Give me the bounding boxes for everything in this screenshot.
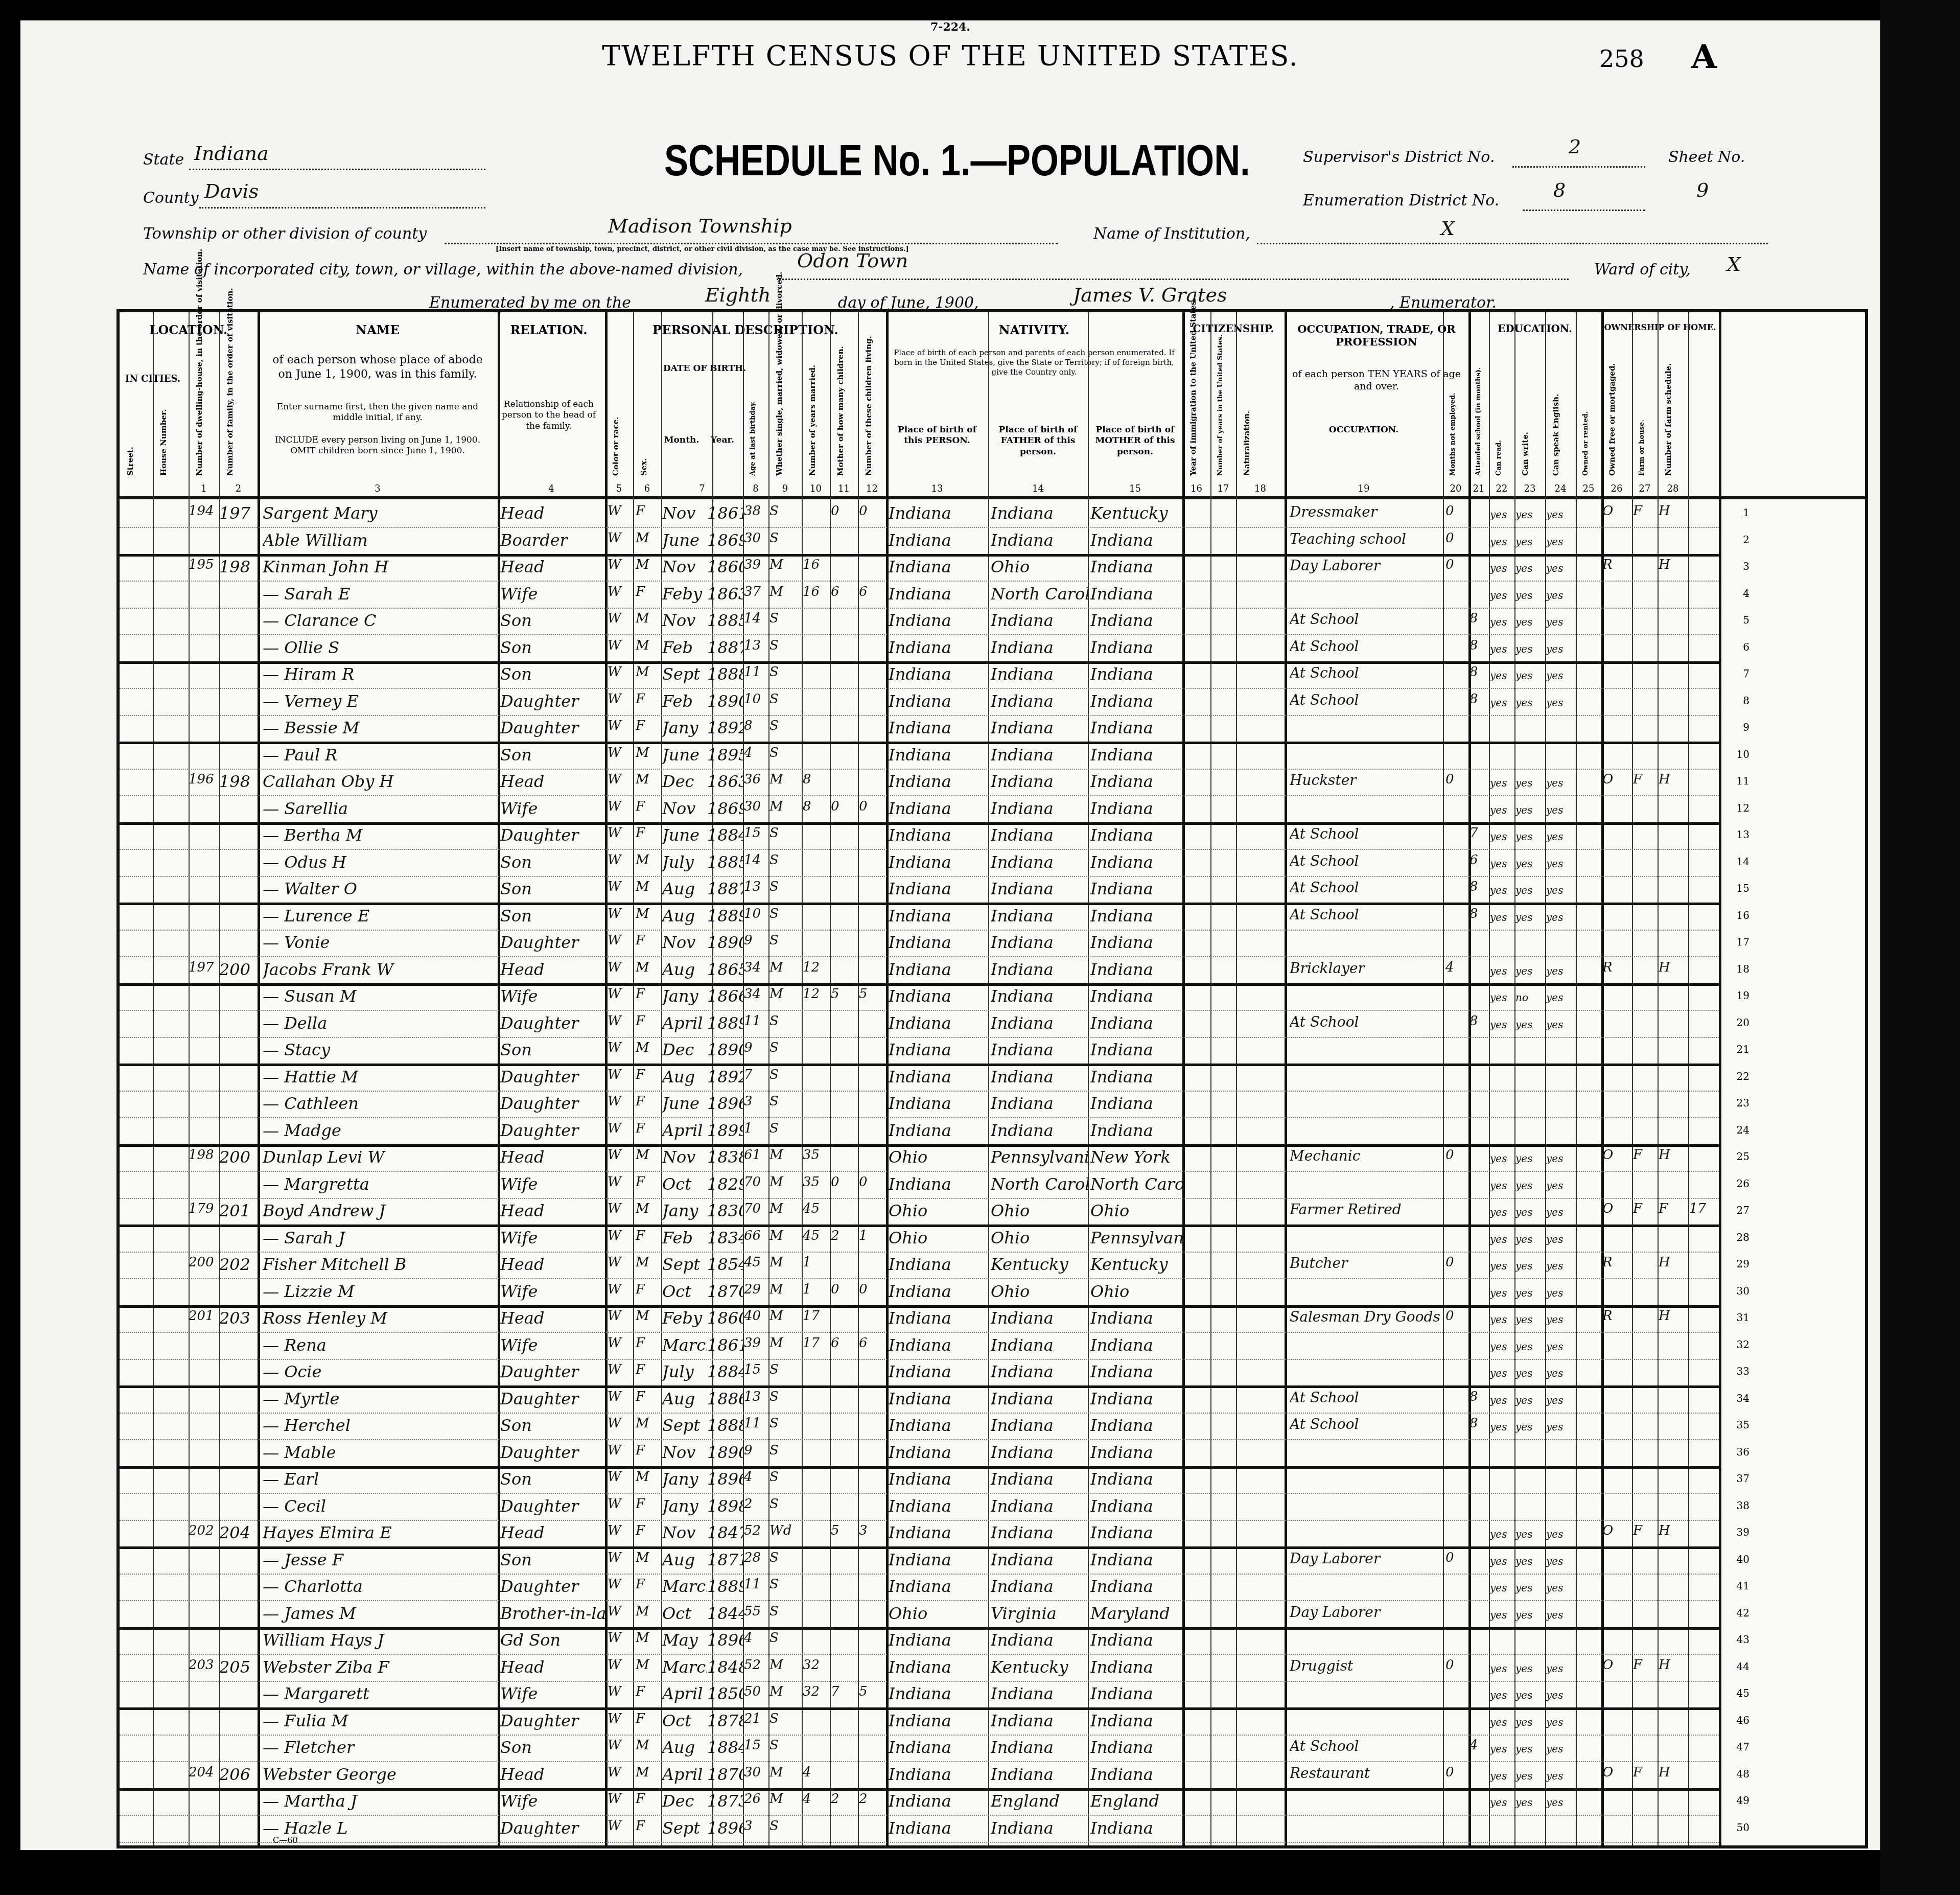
- cell-sex: M: [636, 1469, 661, 1485]
- cell-family: 204: [219, 1523, 258, 1542]
- cell-name: — Herchel: [263, 1416, 498, 1435]
- cell-relation: Wife: [500, 1228, 605, 1247]
- cell-relation: Son: [500, 1040, 605, 1059]
- cell-race: W: [608, 1765, 633, 1780]
- cell-write: yes: [1515, 1394, 1545, 1406]
- cell-read: yes: [1490, 1796, 1514, 1809]
- cell-race: W: [608, 745, 633, 760]
- cell-age: 4: [744, 1469, 768, 1485]
- cell-owned: R: [1602, 960, 1632, 975]
- cell-unemployed: 0: [1445, 1765, 1468, 1780]
- supervisor-underline: [1512, 166, 1645, 168]
- line-number: 1: [1743, 506, 1749, 519]
- cell-year: 1838: [707, 1147, 743, 1167]
- cell-read: yes: [1490, 697, 1514, 709]
- nativity-description: Place of birth of each person and parent…: [891, 348, 1177, 377]
- cell-english: yes: [1546, 1796, 1576, 1809]
- cell-age: 9: [744, 933, 768, 948]
- cell-father: Indiana: [991, 1711, 1088, 1730]
- cell-write: yes: [1515, 509, 1545, 521]
- cell-race: W: [608, 1523, 633, 1538]
- cell-race: W: [608, 1791, 633, 1807]
- page-number: 258: [1599, 45, 1644, 73]
- cell-sex: M: [636, 1630, 661, 1646]
- cell-sex: M: [636, 879, 661, 894]
- cell-sex: M: [636, 530, 661, 546]
- cell-read: yes: [1490, 509, 1514, 521]
- cell-marital: M: [769, 1174, 802, 1190]
- cell-age: 66: [744, 1228, 768, 1243]
- cell-name: — Susan M: [263, 986, 498, 1006]
- cell-year: 1892: [707, 718, 743, 737]
- enumeration-value: 8: [1553, 179, 1566, 201]
- cell-mother: Kentucky: [1090, 503, 1182, 523]
- cell-birth: Indiana: [889, 1094, 988, 1113]
- cell-name: — Lurence E: [263, 906, 498, 926]
- page-letter: A: [1691, 38, 1717, 76]
- cell-english: yes: [1546, 1367, 1576, 1379]
- cell-year: 1889: [707, 906, 743, 926]
- cell-age: 70: [744, 1201, 768, 1216]
- cell-month: Sept: [662, 1416, 707, 1435]
- cell-race: W: [608, 1335, 633, 1351]
- cell-birth: Indiana: [889, 1255, 988, 1274]
- cell-read: yes: [1490, 1421, 1514, 1433]
- cell-read: yes: [1490, 616, 1514, 628]
- cell-occupation: At School: [1290, 691, 1443, 708]
- cell-mortgage: F: [1633, 1147, 1658, 1163]
- cell-year: 1870: [707, 1282, 743, 1301]
- cell-relation: Daughter: [500, 933, 605, 952]
- column-label: Number of dwelling-house, in the order o…: [195, 371, 204, 476]
- cell-birth: Indiana: [889, 1121, 988, 1140]
- cell-name: — Vonie: [263, 933, 498, 952]
- cell-living: 5: [859, 1684, 886, 1699]
- cell-birth: Indiana: [889, 825, 988, 845]
- cell-read: yes: [1490, 1206, 1514, 1218]
- cell-year: 1869: [707, 799, 743, 818]
- cell-sex: M: [636, 1657, 661, 1673]
- cell-write: yes: [1515, 1287, 1545, 1299]
- cell-birth: Indiana: [889, 1443, 988, 1462]
- cell-age: 4: [744, 745, 768, 760]
- cell-write: yes: [1515, 1662, 1545, 1675]
- cell-yrs-married: 1: [803, 1282, 830, 1297]
- line-number: 35: [1737, 1419, 1749, 1431]
- cell-birth: Indiana: [889, 986, 988, 1006]
- cell-sex: M: [636, 1201, 661, 1216]
- cell-read: yes: [1490, 1313, 1514, 1326]
- table-row: 204206Webster GeorgeHeadWMApril187030M4I…: [120, 1761, 1719, 1791]
- line-number: 10: [1737, 748, 1749, 760]
- cell-read: yes: [1490, 1180, 1514, 1192]
- table-row: — Hazle LDaughterWFSept18963SIndianaIndi…: [120, 1814, 1719, 1843]
- column-number: 24: [1545, 483, 1576, 494]
- cell-name: — Margarett: [263, 1684, 498, 1703]
- cell-family: 202: [219, 1255, 258, 1274]
- cell-english: yes: [1546, 830, 1576, 843]
- cell-read: yes: [1490, 1743, 1514, 1755]
- cell-family: 200: [219, 960, 258, 979]
- cell-family: 205: [219, 1657, 258, 1677]
- cell-year: 1844: [707, 1604, 743, 1623]
- cell-mortgage: F: [1633, 1765, 1658, 1780]
- cell-race: W: [608, 1282, 633, 1297]
- cell-year: 1865: [707, 960, 743, 979]
- cell-name: — Earl: [263, 1469, 498, 1489]
- line-number: 23: [1737, 1097, 1749, 1109]
- cell-mother: Indiana: [1090, 1040, 1182, 1059]
- table-row: — Lizzie MWifeWFOct187029M100IndianaOhio…: [120, 1278, 1719, 1308]
- cell-year: 1892: [707, 1067, 743, 1087]
- cell-write: yes: [1515, 1180, 1545, 1192]
- city-underline: [777, 279, 1569, 280]
- cell-name: Kinman John H: [263, 557, 498, 576]
- cell-name: Webster Ziba F: [263, 1657, 498, 1677]
- cell-marital: S: [769, 1711, 802, 1726]
- line-number: 29: [1737, 1258, 1749, 1270]
- column-number: 7: [661, 483, 743, 494]
- table-row: — MyrtleDaughterWFAug188613SIndianaIndia…: [120, 1385, 1719, 1414]
- cell-school: 8: [1469, 611, 1489, 626]
- cell-year: 1890: [707, 933, 743, 952]
- cell-children: 5: [831, 1523, 858, 1538]
- table-row: 201203Ross Henley MHeadWMFeby186040M17In…: [120, 1304, 1719, 1333]
- cell-marital: S: [769, 1013, 802, 1029]
- cell-relation: Son: [500, 1416, 605, 1435]
- cell-birth: Indiana: [889, 1362, 988, 1381]
- column-number: 6: [633, 483, 661, 494]
- cell-race: W: [608, 718, 633, 733]
- cell-name: — Charlotta: [263, 1577, 498, 1596]
- cell-marital: S: [769, 1496, 802, 1512]
- cell-english: yes: [1546, 1528, 1576, 1540]
- column-number: 11: [830, 483, 858, 494]
- cell-race: W: [608, 1067, 633, 1082]
- cell-name: — Paul R: [263, 745, 498, 765]
- cell-marital: M: [769, 1282, 802, 1297]
- cell-name: — Cecil: [263, 1496, 498, 1516]
- cell-sex: F: [636, 1282, 661, 1297]
- cell-father: Pennsylvania: [991, 1147, 1088, 1167]
- cell-birth: Ohio: [889, 1228, 988, 1247]
- cell-write: yes: [1515, 1716, 1545, 1728]
- table-row: — RenaWifeWFMarch186139M1766IndianaIndia…: [120, 1331, 1719, 1360]
- cell-race: W: [608, 638, 633, 653]
- cell-owned: R: [1602, 1308, 1632, 1324]
- cell-read: yes: [1490, 1394, 1514, 1406]
- cell-unemployed: 0: [1445, 1550, 1468, 1565]
- cell-age: 14: [744, 611, 768, 626]
- cell-year: 1871: [707, 1550, 743, 1569]
- cell-write: yes: [1515, 1206, 1545, 1218]
- cell-month: Feb: [662, 1228, 707, 1247]
- cell-year: 1888: [707, 664, 743, 684]
- cell-name: — Ollie S: [263, 638, 498, 657]
- cell-dwelling: 194: [189, 503, 219, 519]
- cell-occupation: At School: [1290, 825, 1443, 842]
- cell-month: Aug: [662, 906, 707, 926]
- cell-farm: H: [1659, 960, 1688, 975]
- cell-father: Indiana: [991, 1550, 1088, 1569]
- line-number: 20: [1737, 1016, 1749, 1029]
- cell-sex: F: [636, 1711, 661, 1726]
- cell-english: yes: [1546, 1394, 1576, 1406]
- line-number: 30: [1737, 1285, 1749, 1297]
- cell-english: yes: [1546, 1260, 1576, 1272]
- table-row: — MargarettWifeWFApril185050M3275Indiana…: [120, 1680, 1719, 1710]
- column-number: 20: [1443, 483, 1468, 494]
- cell-name: Ross Henley M: [263, 1308, 498, 1328]
- column-label: Can read.: [1495, 371, 1503, 476]
- cell-marital: S: [769, 1818, 802, 1834]
- cell-month: April: [662, 1013, 707, 1033]
- line-number: 28: [1737, 1231, 1749, 1243]
- line-number: 48: [1737, 1768, 1749, 1780]
- cell-owned: O: [1602, 1147, 1632, 1163]
- cell-occupation: At School: [1290, 879, 1443, 896]
- cell-family: 198: [219, 772, 258, 791]
- cell-yrs-married: 8: [803, 772, 830, 787]
- cell-race: W: [608, 1228, 633, 1243]
- table-row: — EarlSonWMJany18964SIndianaIndianaIndia…: [120, 1465, 1719, 1494]
- cell-relation: Wife: [500, 584, 605, 604]
- cell-race: W: [608, 1604, 633, 1619]
- cell-birth: Indiana: [889, 1013, 988, 1033]
- cell-birth: Indiana: [889, 718, 988, 737]
- cell-marital: S: [769, 503, 802, 519]
- cell-living: 0: [859, 1282, 886, 1297]
- cell-occupation: Day Laborer: [1290, 1604, 1443, 1621]
- cell-occupation: Day Laborer: [1290, 1550, 1443, 1567]
- cell-relation: Wife: [500, 1791, 605, 1811]
- cell-owned: O: [1602, 503, 1632, 519]
- table-row: — MargrettaWifeWFOct182970M3500IndianaNo…: [120, 1170, 1719, 1199]
- line-number: 42: [1737, 1607, 1749, 1619]
- cell-name: Callahan Oby H: [263, 772, 498, 791]
- column-label: Number of family, in the order of visita…: [225, 371, 235, 476]
- form-number: 7-224.: [20, 20, 1880, 34]
- cell-race: W: [608, 611, 633, 626]
- cell-month: April: [662, 1121, 707, 1140]
- column-number: 25: [1576, 483, 1601, 494]
- cell-name: Able William: [263, 530, 498, 550]
- cell-month: Feby: [662, 584, 707, 604]
- cell-farm: H: [1659, 1255, 1688, 1270]
- cell-sex: F: [636, 1818, 661, 1834]
- cell-mother: Indiana: [1090, 1335, 1182, 1355]
- cell-birth: Indiana: [889, 1174, 988, 1194]
- cell-month: Sept: [662, 1255, 707, 1274]
- cell-read: yes: [1490, 884, 1514, 896]
- cell-relation: Son: [500, 906, 605, 926]
- cell-race: W: [608, 1308, 633, 1324]
- cell-mother: Indiana: [1090, 1308, 1182, 1328]
- cell-schedule: 17: [1689, 1201, 1719, 1216]
- line-number: 50: [1737, 1821, 1749, 1834]
- cell-english: yes: [1546, 616, 1576, 628]
- cell-race: W: [608, 1201, 633, 1216]
- cell-yrs-married: 4: [803, 1791, 830, 1807]
- cell-birth: Indiana: [889, 1684, 988, 1703]
- cell-sex: F: [636, 584, 661, 599]
- cell-father: Indiana: [991, 664, 1088, 684]
- cell-yrs-married: 12: [803, 986, 830, 1002]
- cell-marital: S: [769, 530, 802, 546]
- cell-children: 2: [831, 1228, 858, 1243]
- cell-marital: S: [769, 1094, 802, 1109]
- cell-month: Nov: [662, 1147, 707, 1167]
- cell-birth: Indiana: [889, 1282, 988, 1301]
- column-number: 9: [768, 483, 802, 494]
- cell-age: 28: [744, 1550, 768, 1565]
- column-label: Sex.: [639, 371, 648, 476]
- cell-marital: S: [769, 664, 802, 680]
- name-description: of each person whose place of abode on J…: [268, 353, 487, 381]
- cell-birth: Indiana: [889, 1523, 988, 1542]
- cell-father: Indiana: [991, 691, 1088, 711]
- cell-yrs-married: 4: [803, 1765, 830, 1780]
- cell-write: yes: [1515, 669, 1545, 682]
- line-number: 36: [1737, 1446, 1749, 1458]
- cell-farm: H: [1659, 772, 1688, 787]
- cell-relation: Head: [500, 772, 605, 791]
- cell-age: 3: [744, 1094, 768, 1109]
- cell-marital: M: [769, 1255, 802, 1270]
- cell-mother: Indiana: [1090, 1469, 1182, 1489]
- cell-race: W: [608, 1550, 633, 1565]
- group-nativity: NATIVITY.: [886, 322, 1182, 337]
- line-number: 26: [1737, 1177, 1749, 1190]
- cell-name: — Lizzie M: [263, 1282, 498, 1301]
- cell-mother: England: [1090, 1791, 1182, 1811]
- cell-mother: Indiana: [1090, 933, 1182, 952]
- cell-relation: Son: [500, 1469, 605, 1489]
- cell-mother: Indiana: [1090, 1389, 1182, 1408]
- cell-relation: Son: [500, 879, 605, 898]
- name-instruction: Enter surname first, then the given name…: [268, 402, 487, 424]
- cell-mother: Pennsylvania: [1090, 1228, 1182, 1247]
- cell-relation: Wife: [500, 1282, 605, 1301]
- cell-english: yes: [1546, 1019, 1576, 1031]
- cell-write: yes: [1515, 1582, 1545, 1594]
- cell-age: 15: [744, 825, 768, 841]
- column-number: 28: [1658, 483, 1688, 494]
- cell-mother: Indiana: [1090, 638, 1182, 657]
- cell-write: yes: [1515, 1689, 1545, 1701]
- cell-sex: M: [636, 906, 661, 921]
- cell-year: 1896: [707, 1818, 743, 1838]
- line-number: 5: [1743, 614, 1749, 626]
- cell-name: — Margretta: [263, 1174, 498, 1194]
- cell-children: 0: [831, 1174, 858, 1190]
- cell-relation: Head: [500, 1657, 605, 1677]
- cell-english: yes: [1546, 1770, 1576, 1782]
- cell-birth: Indiana: [889, 1765, 988, 1784]
- cell-relation: Wife: [500, 1174, 605, 1194]
- cell-english: yes: [1546, 669, 1576, 682]
- cell-birth: Indiana: [889, 745, 988, 765]
- line-number: 41: [1737, 1580, 1749, 1592]
- cell-relation: Son: [500, 664, 605, 684]
- column-number: 18: [1236, 483, 1285, 494]
- table-row: — Bessie MDaughterWFJany18928SIndianaInd…: [120, 714, 1719, 744]
- cell-year: 1896: [707, 1094, 743, 1113]
- cell-read: yes: [1490, 804, 1514, 816]
- column-label: House Number.: [159, 371, 168, 476]
- cell-living: 5: [859, 986, 886, 1002]
- cell-month: Oct: [662, 1174, 707, 1194]
- cell-english: yes: [1546, 1555, 1576, 1567]
- table-row: — Sarah EWifeWFFeby186337M1666IndianaNor…: [120, 580, 1719, 609]
- cell-living: 0: [859, 1174, 886, 1190]
- cell-relation: Wife: [500, 1684, 605, 1703]
- cell-school: 8: [1469, 1013, 1489, 1029]
- cell-yrs-married: 1: [803, 1255, 830, 1270]
- cell-family: 206: [219, 1765, 258, 1784]
- cell-unemployed: 0: [1445, 1255, 1468, 1270]
- line-number: 11: [1737, 775, 1749, 787]
- cell-sex: F: [636, 1389, 661, 1404]
- column-number: 8: [743, 483, 768, 494]
- cell-marital: M: [769, 584, 802, 599]
- cell-sex: M: [636, 611, 661, 626]
- cell-family: 200: [219, 1147, 258, 1167]
- cell-name: — Clarance C: [263, 611, 498, 630]
- cell-year: 1889: [707, 1577, 743, 1596]
- cell-month: April: [662, 1765, 707, 1784]
- cell-marital: S: [769, 1389, 802, 1404]
- table-row: — CathleenDaughterWFJune18963SIndianaInd…: [120, 1090, 1719, 1118]
- cell-birth: Indiana: [889, 933, 988, 952]
- cell-year: 1829: [707, 1174, 743, 1194]
- cell-sex: F: [636, 1684, 661, 1699]
- cell-father: Indiana: [991, 1389, 1088, 1408]
- cell-marital: S: [769, 825, 802, 841]
- line-number: 32: [1737, 1338, 1749, 1351]
- column-number: 16: [1182, 483, 1210, 494]
- cell-sex: M: [636, 852, 661, 868]
- cell-race: W: [608, 530, 633, 546]
- cell-age: 9: [744, 1443, 768, 1458]
- cell-age: 15: [744, 1738, 768, 1753]
- group-personal-description: PERSONAL DESCRIPTION.: [605, 322, 886, 337]
- cell-mother: Indiana: [1090, 664, 1182, 684]
- cell-father: Ohio: [991, 1201, 1088, 1220]
- state-label: State: [143, 151, 184, 169]
- cell-father: Indiana: [991, 1067, 1088, 1087]
- table-row: — Jesse FSonWMAug187128SIndianaIndianaIn…: [120, 1546, 1719, 1575]
- cell-name: — Hazle L: [263, 1818, 498, 1838]
- cell-write: yes: [1515, 589, 1545, 602]
- cell-relation: Daughter: [500, 825, 605, 845]
- cell-write: yes: [1515, 1152, 1545, 1165]
- line-number: 39: [1737, 1526, 1749, 1538]
- cell-marital: S: [769, 1362, 802, 1377]
- cell-dwelling: 200: [189, 1255, 219, 1270]
- cell-occupation: At School: [1290, 852, 1443, 869]
- cell-read: yes: [1490, 536, 1514, 548]
- cell-marital: S: [769, 611, 802, 626]
- column-label: Mother of how many children.: [836, 371, 845, 476]
- cell-marital: S: [769, 852, 802, 868]
- cell-father: North Carolina: [991, 1174, 1088, 1194]
- cell-month: Aug: [662, 1067, 707, 1087]
- cell-marital: M: [769, 1765, 802, 1780]
- cell-relation: Daughter: [500, 1094, 605, 1113]
- cell-relation: Daughter: [500, 1067, 605, 1087]
- cell-name: — Jesse F: [263, 1550, 498, 1569]
